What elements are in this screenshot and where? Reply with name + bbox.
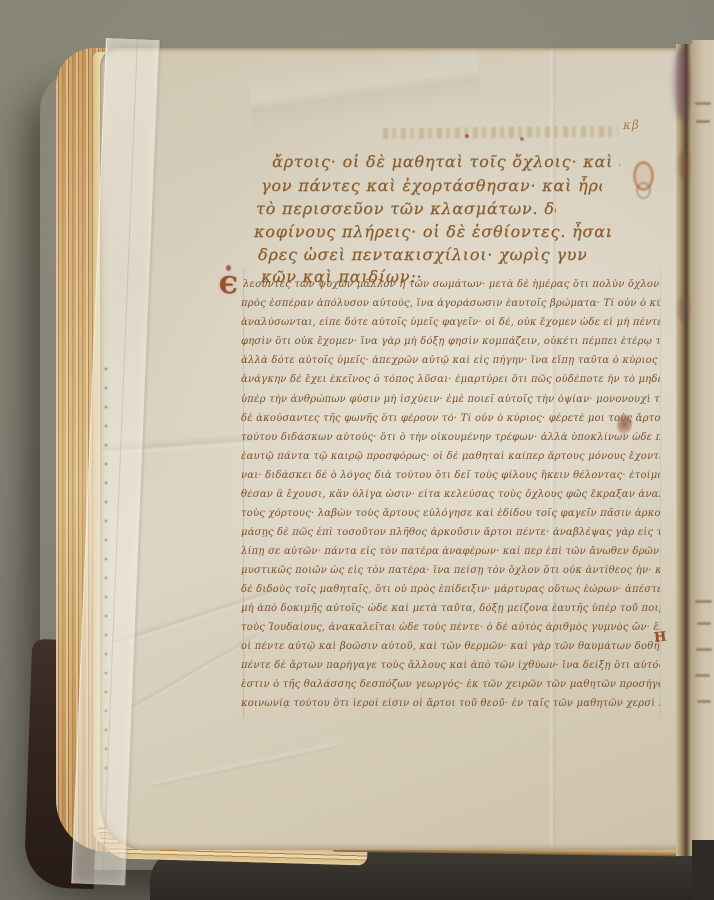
commentary-line: λίπῃ σε αὐτῶν· πάντα εἰς τὸν πατέρα ἀναφ… <box>241 546 660 557</box>
commentary-line: τοὺς Ἰουδαίους, ἀνακαλεῖται ὧδε τοὺς πέν… <box>241 622 660 633</box>
rubric-margin-mark: Η <box>653 629 667 645</box>
facing-page-text-trace <box>696 120 710 123</box>
commentary-line: μάσῃς δὲ πῶς ἐπὶ τοσοῦτον πλῆθος ἀρκοῦσι… <box>241 527 660 538</box>
commentary-line: θέσαν ἃ ἔχουσι, κἂν ὀλίγα ὦσιν· εἶτα κελ… <box>241 489 660 500</box>
commentary-line: φησὶν ὅτι οὐκ ἔχομεν· ἵνα γὰρ μὴ δόξῃ φη… <box>241 336 660 347</box>
gutter-stain <box>674 46 690 120</box>
commentary-line: ὑπὲρ τὴν ἀνθρώπων φύσιν μὴ ἰσχύειν· ἐμὲ … <box>241 394 660 405</box>
gospel-line: τὸ περισσεῦον τῶν κλασμάτων. δώδεκα, <box>256 199 556 218</box>
commentary-line: δὲ διδοὺς τοῖς μαθηταῖς, ὅτι οὐ πρὸς ἐπί… <box>241 584 660 595</box>
facing-page-text-trace <box>696 648 712 651</box>
commentary-line: τούτου διδάσκων αὐτούς· ὅτι ὁ τὴν οἰκουμ… <box>241 432 660 443</box>
commentary-line: πέντε δὲ ἄρτων παρήγαγε τοὺς ἄλλους καὶ … <box>241 660 660 671</box>
commentary-line: λεοῦντες τῶν ψυχῶν μᾶλλον ἢ τῶν σωμάτων·… <box>243 279 662 290</box>
gutter-stain <box>678 296 689 322</box>
facing-page-text-trace <box>695 102 711 105</box>
commentary-line: ναι· διδάσκει δὲ ὁ λόγος διὰ τούτου ὅτι … <box>241 470 660 481</box>
commentary-line: ἐστιν ὁ τῆς θαλάσσης δεσπόζων γεωργός· ἐ… <box>241 679 660 690</box>
commentary-line: ἀλλὰ δότε αὐτοῖς ὑμεῖς· ἀπεχρῶν αὐτῷ καὶ… <box>241 355 660 366</box>
facing-page-text-trace <box>697 700 711 703</box>
commentary-line: μυστικῶς ποιῶν ὡς εἰς τὸν πατέρα· ἵνα πε… <box>241 565 660 576</box>
quire-mark: κβ <box>623 118 640 132</box>
commentary-line: μὴ ἀπὸ δοκιμῆς αὐτοῖς· ὧδε καὶ μετὰ ταῦτ… <box>241 603 660 614</box>
commentary-line: δὲ ἀκούσαντες τῆς φωνῆς ὅτι φέρουν τό· Τ… <box>241 413 660 424</box>
commentary-line: ἑαυτῷ πάντα τῷ καιρῷ προσφόρως· οἱ δὲ μα… <box>241 451 660 462</box>
gospel-line: γον πάντες καὶ ἐχορτάσθησαν· καὶ ἦραν <box>261 176 602 195</box>
commentary-line: κοινωνίᾳ τούτου ὅτι ἱεροί εἰσιν οἱ ἄρτοι… <box>241 698 660 709</box>
commentary-line: οἱ πέντε αὐτῷ καὶ βοῶσιν αὐτοῦ, καὶ τῶν … <box>241 641 660 652</box>
gospel-line: ἄρτοις· οἱ δὲ μαθηταὶ τοῖς ὄχλοις· καὶ ἔ… <box>272 152 620 171</box>
commentary-line: τοὺς χόρτους· λαβὼν τοὺς ἄρτους εὐλόγησε… <box>241 508 660 519</box>
ring-stain-small <box>636 182 651 199</box>
facing-page-edge <box>692 40 714 860</box>
commentary-line: ἀναλύσωνται, εἶπε δότε αὐτοῖς ὑμεῖς φαγε… <box>241 317 660 328</box>
decorated-initial-epsilon: Є <box>219 272 237 299</box>
facing-page-text-trace <box>697 622 711 625</box>
photo-backdrop: κβ ἄρτοις· οἱ δὲ μαθηταὶ τοῖς ὄχλοις· κα… <box>0 0 714 900</box>
commentary-line: πρὸς ἑσπέραν ἀπόλυσον αὐτούς, ἵνα ἀγοράσ… <box>241 298 660 309</box>
facing-page-text-trace <box>695 600 712 603</box>
gospel-line: κοφίνους πλήρεις· οἱ δὲ ἐσθίοντες. ἦσαν … <box>254 222 611 241</box>
commentary-line: ἀνάγκην δὲ ἔχει ἐκεῖνος ὁ τόπος λῦσαι· ἐ… <box>241 374 660 385</box>
red-speck <box>226 265 231 271</box>
gospel-line: δρες ὡσεὶ πεντακισχίλιοι· χωρὶς γυναι <box>258 245 586 264</box>
facing-page-shadow <box>692 840 714 900</box>
gutter-stain <box>679 150 689 180</box>
facing-page-text-trace <box>695 674 710 677</box>
ruling-line-right <box>660 268 661 718</box>
